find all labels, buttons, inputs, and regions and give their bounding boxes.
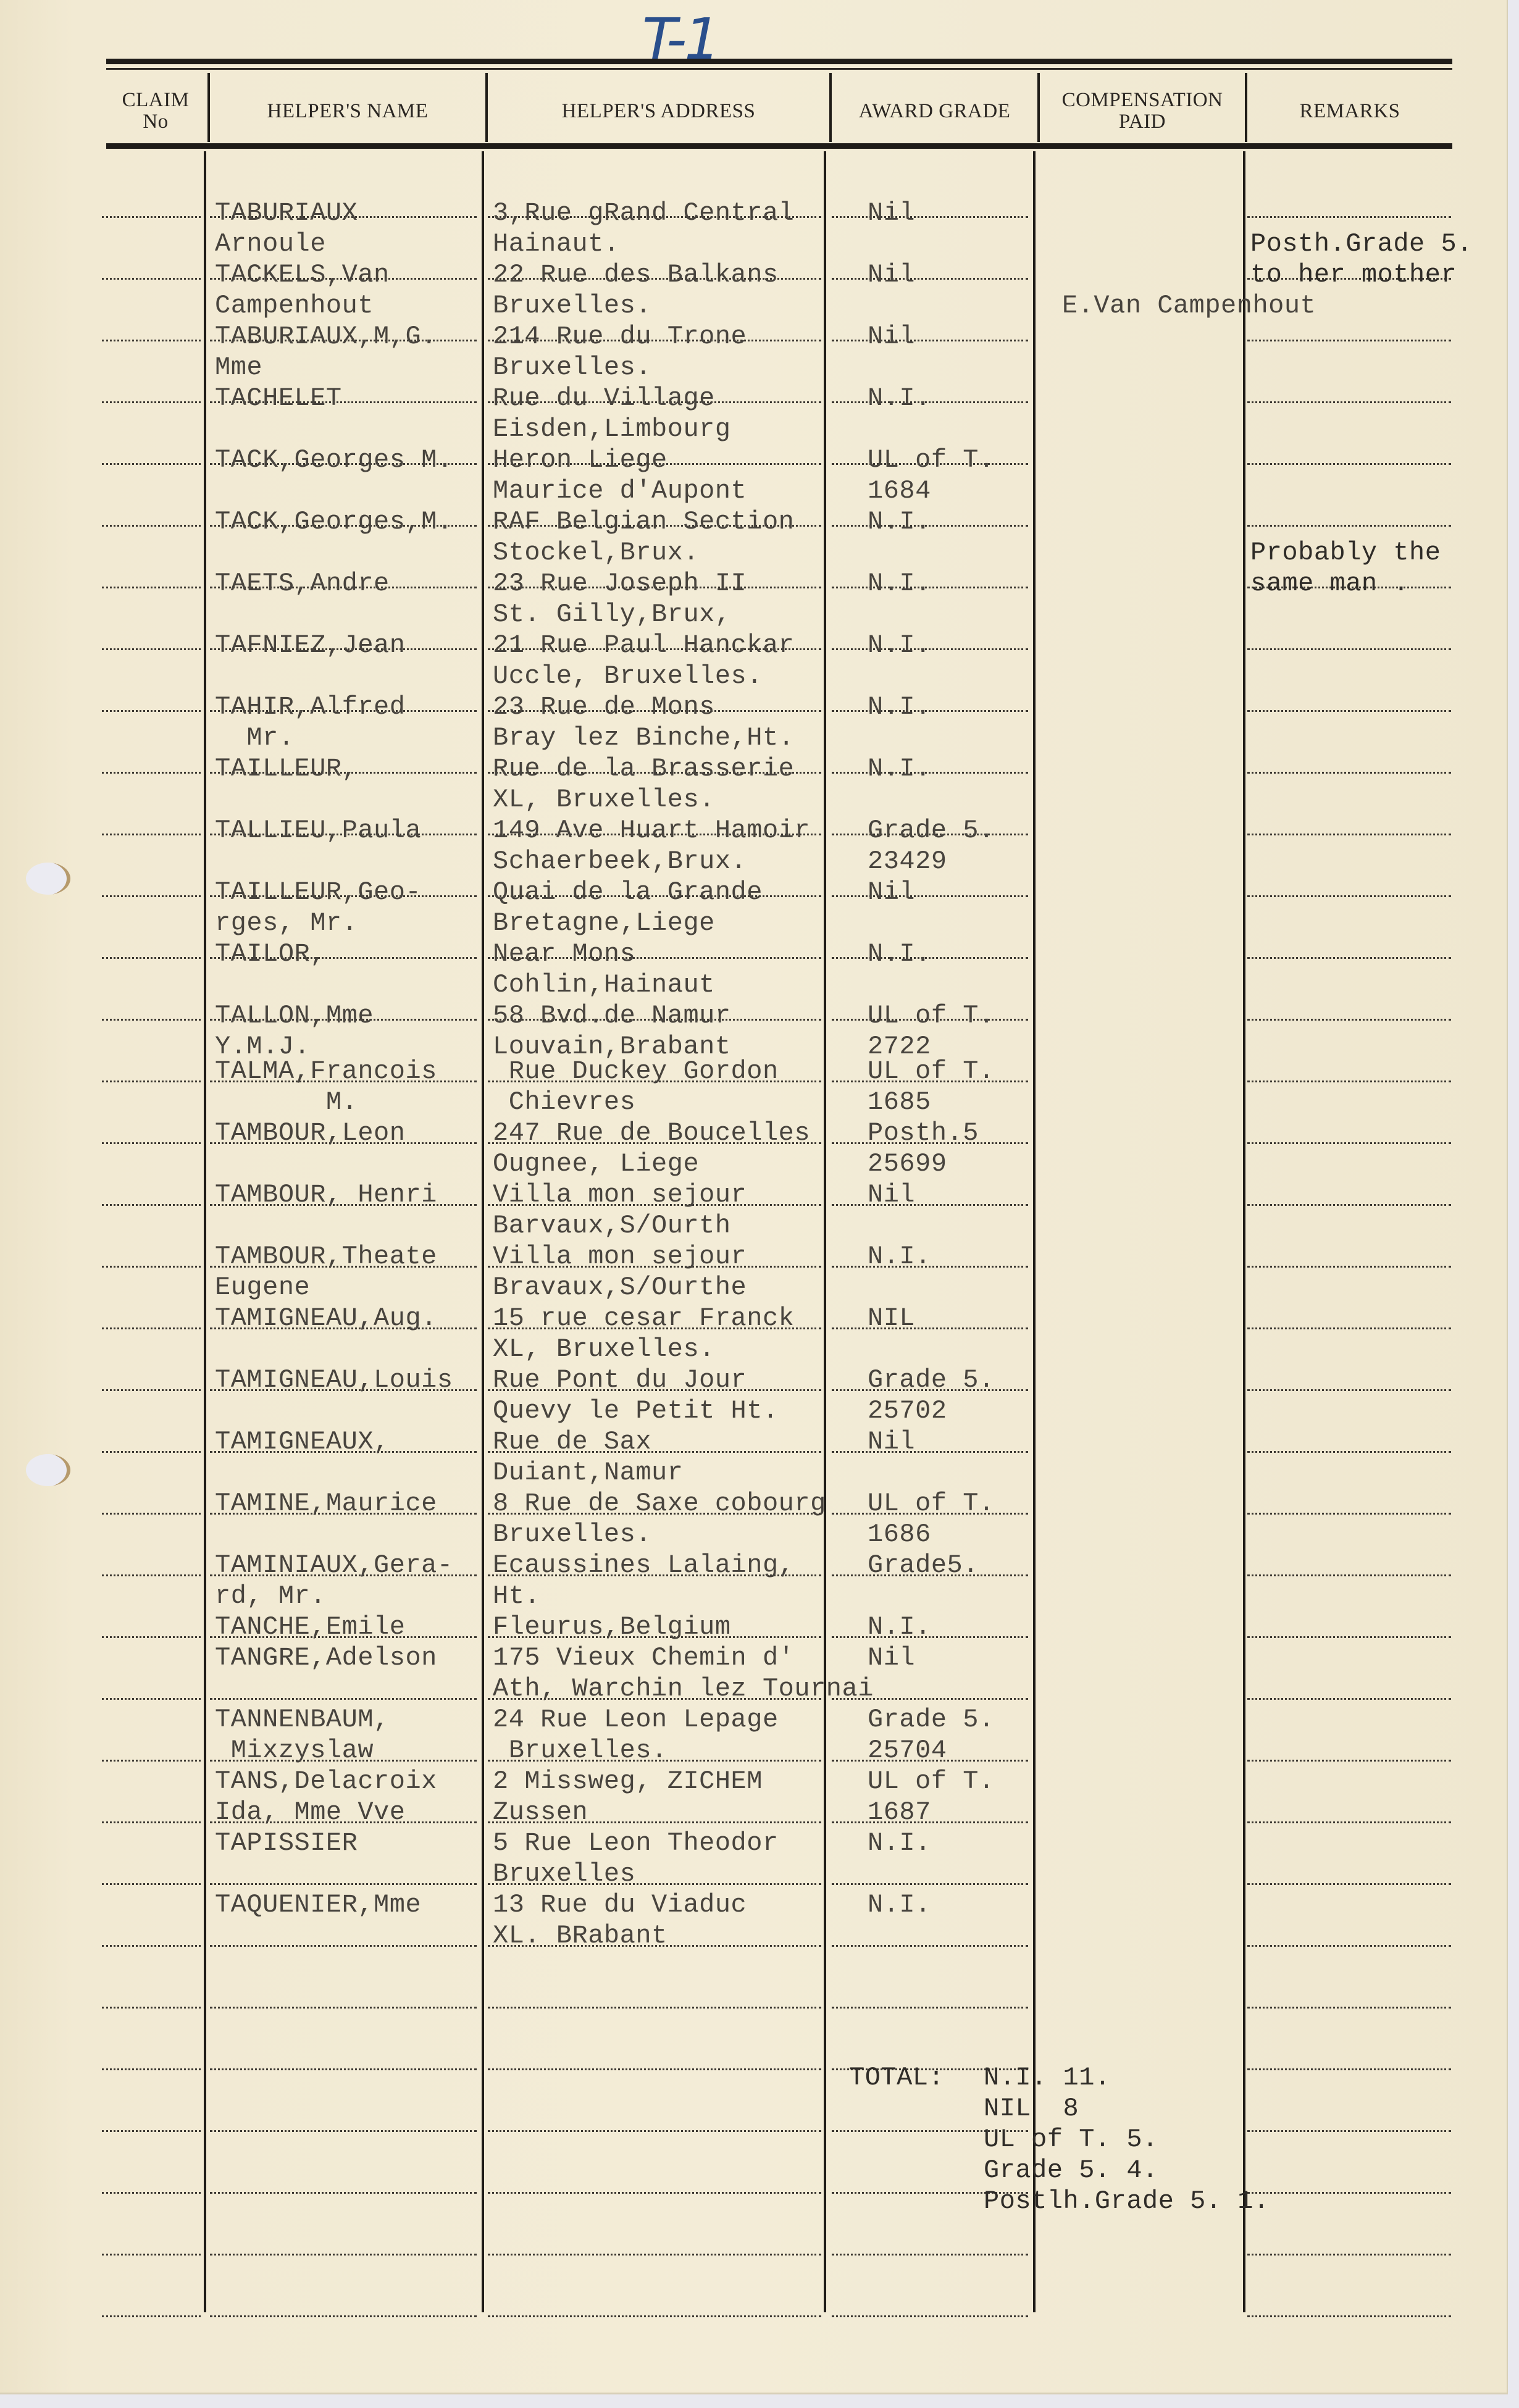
award-grade: N.I. <box>868 506 931 537</box>
row-separator <box>102 710 201 712</box>
helper-address: Cohlin,Hainaut <box>493 969 715 1000</box>
row-separator <box>1247 1636 1451 1638</box>
helper-name: TANS,Delacroix <box>215 1766 437 1797</box>
award-grade: Grade 5. <box>868 1365 995 1395</box>
row-separator <box>102 587 201 588</box>
helper-address: 175 Vieux Chemin d' <box>493 1642 794 1673</box>
row-separator <box>1247 340 1451 341</box>
helper-address: Barvaux,S/Ourth <box>493 1210 731 1241</box>
row-separator <box>832 216 1028 218</box>
award-grade: N.I. <box>868 1612 931 1642</box>
remarks: same man . <box>1250 568 1409 599</box>
column-header-label: REMARKS <box>1299 101 1400 122</box>
helper-name: Mme <box>215 352 262 383</box>
row-separator <box>102 1204 201 1206</box>
row-separator <box>210 2315 477 2317</box>
row-separator <box>102 463 201 465</box>
award-grade: N.I. <box>868 568 931 599</box>
row-separator <box>832 1883 1028 1885</box>
row-separator <box>1247 648 1451 650</box>
row-separator <box>1247 525 1451 527</box>
row-separator <box>102 2007 201 2009</box>
row-separator <box>1247 1883 1451 1885</box>
row-separator <box>1247 2315 1451 2317</box>
helper-name: TAMBOUR,Leon <box>215 1118 405 1148</box>
helper-address: Rue Pont du Jour <box>493 1365 747 1395</box>
helper-address: 23 Rue de Mons <box>493 692 715 722</box>
punch-hole <box>26 1454 70 1486</box>
row-separator <box>210 2192 477 2194</box>
row-separator <box>832 2254 1028 2255</box>
totals-line: Grade 5. 4. <box>984 2155 1158 2186</box>
helper-name: TALMA,Francois <box>215 1056 437 1087</box>
row-separator <box>1247 1945 1451 1947</box>
column-header-remarks: REMARKS <box>1247 80 1452 142</box>
helper-address: Ath, Warchin lez Tournai <box>493 1673 874 1704</box>
row-separator <box>102 648 201 650</box>
row-separator <box>1247 834 1451 835</box>
totals-line: NIL 8 <box>984 2093 1079 2124</box>
helper-address: Uccle, Bruxelles. <box>493 661 763 692</box>
row-separator <box>1247 1142 1451 1144</box>
row-separator <box>102 401 201 403</box>
award-grade: N.I. <box>868 692 931 722</box>
row-separator <box>102 2130 201 2132</box>
helper-name: TANCHE,Emile <box>215 1612 405 1642</box>
column-divider <box>204 151 206 2312</box>
helper-name: TAMIGNEAU,Louis <box>215 1365 453 1395</box>
helper-address: Ougnee, Liege <box>493 1148 699 1179</box>
row-separator <box>102 1389 201 1391</box>
award-grade: 23429 <box>868 846 947 877</box>
award-grade: 1687 <box>868 1797 931 1828</box>
column-divider <box>1243 151 1245 2312</box>
helper-name: Ida, Mme Vve <box>215 1797 405 1828</box>
row-separator <box>488 2192 821 2194</box>
helper-address: Bray lez Binche,Ht. <box>493 722 794 753</box>
helper-address: Near Mons <box>493 939 635 969</box>
row-separator <box>832 1204 1028 1206</box>
row-separator <box>1247 1266 1451 1268</box>
row-separator <box>1247 2254 1451 2255</box>
award-grade: NIL <box>868 1303 915 1334</box>
award-grade: 1686 <box>868 1519 931 1550</box>
helper-name: TALLON,Mme <box>215 1000 374 1031</box>
column-header-label: AWARD GRADE <box>859 101 1011 122</box>
column-header-compensation-paid: COMPENSATION PAID <box>1040 80 1245 142</box>
helper-name: Mixzyslaw <box>215 1735 374 1766</box>
award-grade: Nil <box>868 198 915 228</box>
helper-address: 149 Ave Huart Hamoir <box>493 815 810 846</box>
helper-address: Ecaussines Lalaing, <box>493 1550 794 1581</box>
helper-address: Fleurus,Belgium <box>493 1612 731 1642</box>
award-grade: N.I. <box>868 1828 931 1858</box>
row-separator <box>102 1266 201 1268</box>
helper-name: TAPISSIER <box>215 1828 358 1858</box>
helper-address: 23 Rue Joseph II <box>493 568 747 599</box>
helper-address: Quevy le Petit Ht. <box>493 1395 779 1426</box>
helper-name: TACK,Georges,M. <box>215 506 453 537</box>
column-divider <box>482 151 484 2312</box>
column-header-label: CLAIM No <box>122 90 190 132</box>
row-separator <box>832 1451 1028 1453</box>
helper-address: Rue Duckey Gordon <box>493 1056 779 1087</box>
helper-address: Duiant,Namur <box>493 1457 683 1488</box>
remarks: Probably the <box>1250 537 1441 568</box>
award-grade: Nil <box>868 259 915 290</box>
row-separator <box>210 2007 477 2009</box>
header-top-rule <box>106 59 1452 64</box>
helper-name: rges, Mr. <box>215 908 358 939</box>
column-header-claim-no: CLAIM No <box>106 80 205 142</box>
helper-address: Bruxelles. <box>493 1519 651 1550</box>
helper-name: Mr. <box>215 722 295 753</box>
row-separator <box>102 957 201 959</box>
award-grade: Posth.5 <box>868 1118 979 1148</box>
row-separator <box>1247 1019 1451 1021</box>
award-grade: N.I. <box>868 630 931 661</box>
award-grade: Nil <box>868 877 915 908</box>
row-separator <box>102 1945 201 1947</box>
row-separator <box>832 1945 1028 1947</box>
helper-address: Maurice d'Aupont <box>493 475 747 506</box>
helper-address: XL, Bruxelles. <box>493 784 715 815</box>
helper-name: TAFNIEZ,Jean <box>215 630 405 661</box>
row-separator <box>1247 1204 1451 1206</box>
helper-address: Ht. <box>493 1581 540 1612</box>
helper-name: TACHELET <box>215 383 342 414</box>
row-separator <box>1247 772 1451 774</box>
helper-name: TABURIAUX,M,G. <box>215 321 437 352</box>
row-separator <box>1247 401 1451 403</box>
header-bottom-rule <box>106 143 1452 149</box>
row-separator <box>102 1142 201 1144</box>
header-top-rule-thin <box>106 68 1452 70</box>
helper-name: TACK,Georges M. <box>215 445 453 475</box>
row-separator <box>102 895 201 897</box>
award-grade: UL of T. <box>868 445 995 475</box>
helper-address: Stockel,Brux. <box>493 537 699 568</box>
helper-name: rd, Mr. <box>215 1581 326 1612</box>
award-grade: UL of T. <box>868 1488 995 1519</box>
helper-address: Bretagne,Liege <box>493 908 715 939</box>
helper-address: Villa mon sejour <box>493 1179 747 1210</box>
row-separator <box>1247 2068 1451 2070</box>
helper-name: Campenhout <box>215 290 374 321</box>
helper-name: TAMBOUR, Henri <box>215 1179 437 1210</box>
helper-address: Schaerbeek,Brux. <box>493 846 747 877</box>
row-separator <box>102 1760 201 1762</box>
row-separator <box>1247 1081 1451 1082</box>
helper-address: Chievres <box>493 1087 635 1118</box>
helper-name: TAMIGNEAU,Aug. <box>215 1303 437 1334</box>
helper-address: Bruxelles. <box>493 352 651 383</box>
helper-address: 5 Rue Leon Theodor <box>493 1828 779 1858</box>
award-grade: Nil <box>868 1642 915 1673</box>
column-header-helper-name: HELPER'S NAME <box>210 80 485 142</box>
helper-address: Bruxelles <box>493 1858 635 1889</box>
row-separator <box>102 834 201 835</box>
document-page: T-1 CLAIM No HELPER'S NAME HELPER'S ADDR… <box>0 0 1508 2394</box>
row-separator <box>1247 1698 1451 1700</box>
column-divider <box>824 151 826 2312</box>
row-separator <box>1247 710 1451 712</box>
row-separator <box>102 2254 201 2255</box>
helper-name: TAMBOUR,Theate <box>215 1241 437 1272</box>
column-header-helper-address: HELPER'S ADDRESS <box>488 80 829 142</box>
row-separator <box>1247 1327 1451 1329</box>
helper-name: TAQUENIER,Mme <box>215 1889 421 1920</box>
row-separator <box>102 1081 201 1082</box>
award-grade: N.I. <box>868 753 931 784</box>
award-grade: Grade5. <box>868 1550 979 1581</box>
row-separator <box>832 2315 1028 2317</box>
helper-name: TAMINE,Maurice <box>215 1488 437 1519</box>
helper-address: 247 Rue de Boucelles <box>493 1118 810 1148</box>
column-header-label: HELPER'S NAME <box>267 101 429 122</box>
helper-name: TAHIR,Alfred <box>215 692 405 722</box>
helper-name: TAETS,Andre <box>215 568 390 599</box>
award-grade: N.I. <box>868 1241 931 1272</box>
award-grade: UL of T. <box>868 1000 995 1031</box>
row-separator <box>1247 1451 1451 1453</box>
award-grade: Nil <box>868 321 915 352</box>
row-separator <box>1247 1574 1451 1576</box>
row-separator <box>1247 463 1451 465</box>
helper-name: TANGRE,Adelson <box>215 1642 437 1673</box>
helper-name: TAMIGNEAUX, <box>215 1426 390 1457</box>
helper-address: Zussen <box>493 1797 588 1828</box>
award-grade: Grade 5. <box>868 815 995 846</box>
helper-name: TAILLEUR,Geo- <box>215 877 421 908</box>
row-separator <box>488 2130 821 2132</box>
helper-name: Arnoule <box>215 228 326 259</box>
row-separator <box>1247 2192 1451 2194</box>
helper-name: TAMINIAUX,Gera- <box>215 1550 453 1581</box>
row-separator <box>1247 2130 1451 2132</box>
totals-line: N.I. 11. <box>984 2062 1111 2093</box>
row-separator <box>102 278 201 280</box>
row-separator <box>102 525 201 527</box>
award-grade: N.I. <box>868 383 931 414</box>
row-separator <box>102 1698 201 1700</box>
row-separator <box>832 278 1028 280</box>
helper-name: TALLIEU,Paula <box>215 815 421 846</box>
row-separator <box>210 1698 477 1700</box>
helper-address: Eisden,Limbourg <box>493 414 731 445</box>
helper-name: TANNENBAUM, <box>215 1704 390 1735</box>
helper-name: TABURIAUX <box>215 198 358 228</box>
row-separator <box>210 2068 477 2070</box>
row-separator <box>1247 1513 1451 1515</box>
award-grade: UL of T. <box>868 1766 995 1797</box>
helper-address: XL, Bruxelles. <box>493 1334 715 1365</box>
helper-address: 15 rue cesar Franck <box>493 1303 794 1334</box>
award-grade: N.I. <box>868 1889 931 1920</box>
helper-address: Bruxelles. <box>493 1735 667 1766</box>
compensation-paid: E.Van Campenhout <box>1062 290 1316 321</box>
helper-address: Quai de la Grande <box>493 877 763 908</box>
award-grade: N.I. <box>868 939 931 969</box>
helper-address: Bruxelles. <box>493 290 651 321</box>
award-grade: Grade 5. <box>868 1704 995 1735</box>
award-grade: 1685 <box>868 1087 931 1118</box>
remarks: to her mother <box>1250 259 1457 290</box>
punch-hole <box>26 863 70 895</box>
row-separator <box>102 1327 201 1329</box>
helper-address: 58 Bvd.de Namur <box>493 1000 731 1031</box>
row-separator <box>832 2007 1028 2009</box>
award-grade: 1684 <box>868 475 931 506</box>
helper-address: RAF Belgian Section <box>493 506 794 537</box>
row-separator <box>488 2254 821 2255</box>
helper-address: 24 Rue Leon Lepage <box>493 1704 779 1735</box>
helper-address: Rue de Sax <box>493 1426 651 1457</box>
helper-address: 22 Rue des Balkans <box>493 259 779 290</box>
helper-address: XL. BRabant <box>493 1920 667 1951</box>
row-separator <box>832 895 1028 897</box>
helper-address: 214 Rue du Trone <box>493 321 747 352</box>
helper-address: Hainaut. <box>493 228 620 259</box>
row-separator <box>102 772 201 774</box>
row-separator <box>102 1451 201 1453</box>
row-separator <box>102 2315 201 2317</box>
row-separator <box>832 1327 1028 1329</box>
row-separator <box>1247 957 1451 959</box>
helper-address: St. Gilly,Brux, <box>493 599 731 630</box>
award-grade: Nil <box>868 1179 915 1210</box>
row-separator <box>1247 895 1451 897</box>
helper-address: 2 Missweg, ZICHEM <box>493 1766 763 1797</box>
helper-name: TAILLEUR, <box>215 753 358 784</box>
row-separator <box>488 2007 821 2009</box>
row-separator <box>102 2192 201 2194</box>
totals-label: TOTAL: <box>849 2062 944 2093</box>
award-grade: Nil <box>868 1426 915 1457</box>
helper-address: Bravaux,S/Ourthe <box>493 1272 747 1303</box>
remarks: Posth.Grade 5. <box>1250 228 1473 259</box>
column-header-award-grade: AWARD GRADE <box>832 80 1037 142</box>
column-header-label: COMPENSATION PAID <box>1062 90 1223 132</box>
row-separator <box>488 2068 821 2070</box>
helper-address: 3,Rue gRand Central <box>493 198 794 228</box>
row-separator <box>488 2315 821 2317</box>
row-separator <box>1247 216 1451 218</box>
row-separator <box>102 1019 201 1021</box>
award-grade: 25699 <box>868 1148 947 1179</box>
row-separator <box>1247 1821 1451 1823</box>
row-separator <box>1247 1389 1451 1391</box>
helper-address: 8 Rue de Saxe cobourg <box>493 1488 826 1519</box>
helper-name: TAILOR, <box>215 939 326 969</box>
row-separator <box>102 1883 201 1885</box>
helper-address: Rue du Village <box>493 383 715 414</box>
helper-address: 21 Rue Paul Hanckar <box>493 630 794 661</box>
helper-name: TACKELS,Van <box>215 259 390 290</box>
row-separator <box>102 1821 201 1823</box>
totals-line: UL of T. 5. <box>984 2124 1158 2155</box>
award-grade: 25702 <box>868 1395 947 1426</box>
row-separator <box>102 2068 201 2070</box>
helper-address: Heron Liege <box>493 445 667 475</box>
row-separator <box>102 1513 201 1515</box>
helper-name: Eugene <box>215 1272 310 1303</box>
award-grade: UL of T. <box>868 1056 995 1087</box>
row-separator <box>210 1883 477 1885</box>
row-separator <box>102 1636 201 1638</box>
helper-address: Rue de la Brasserie <box>493 753 794 784</box>
helper-address: Villa mon sejour <box>493 1241 747 1272</box>
row-separator <box>210 2130 477 2132</box>
award-grade: 25704 <box>868 1735 947 1766</box>
row-separator <box>102 340 201 341</box>
row-separator <box>1247 1760 1451 1762</box>
row-separator <box>102 1574 201 1576</box>
helper-name: M. <box>215 1087 358 1118</box>
row-separator <box>210 1945 477 1947</box>
row-separator <box>1247 2007 1451 2009</box>
column-header-label: HELPER'S ADDRESS <box>562 101 756 122</box>
row-separator <box>210 2254 477 2255</box>
row-separator <box>102 216 201 218</box>
column-divider <box>1033 151 1036 2312</box>
helper-address: 13 Rue du Viaduc <box>493 1889 747 1920</box>
totals-line: Postlh.Grade 5. 1. <box>984 2186 1270 2217</box>
row-separator <box>832 340 1028 341</box>
